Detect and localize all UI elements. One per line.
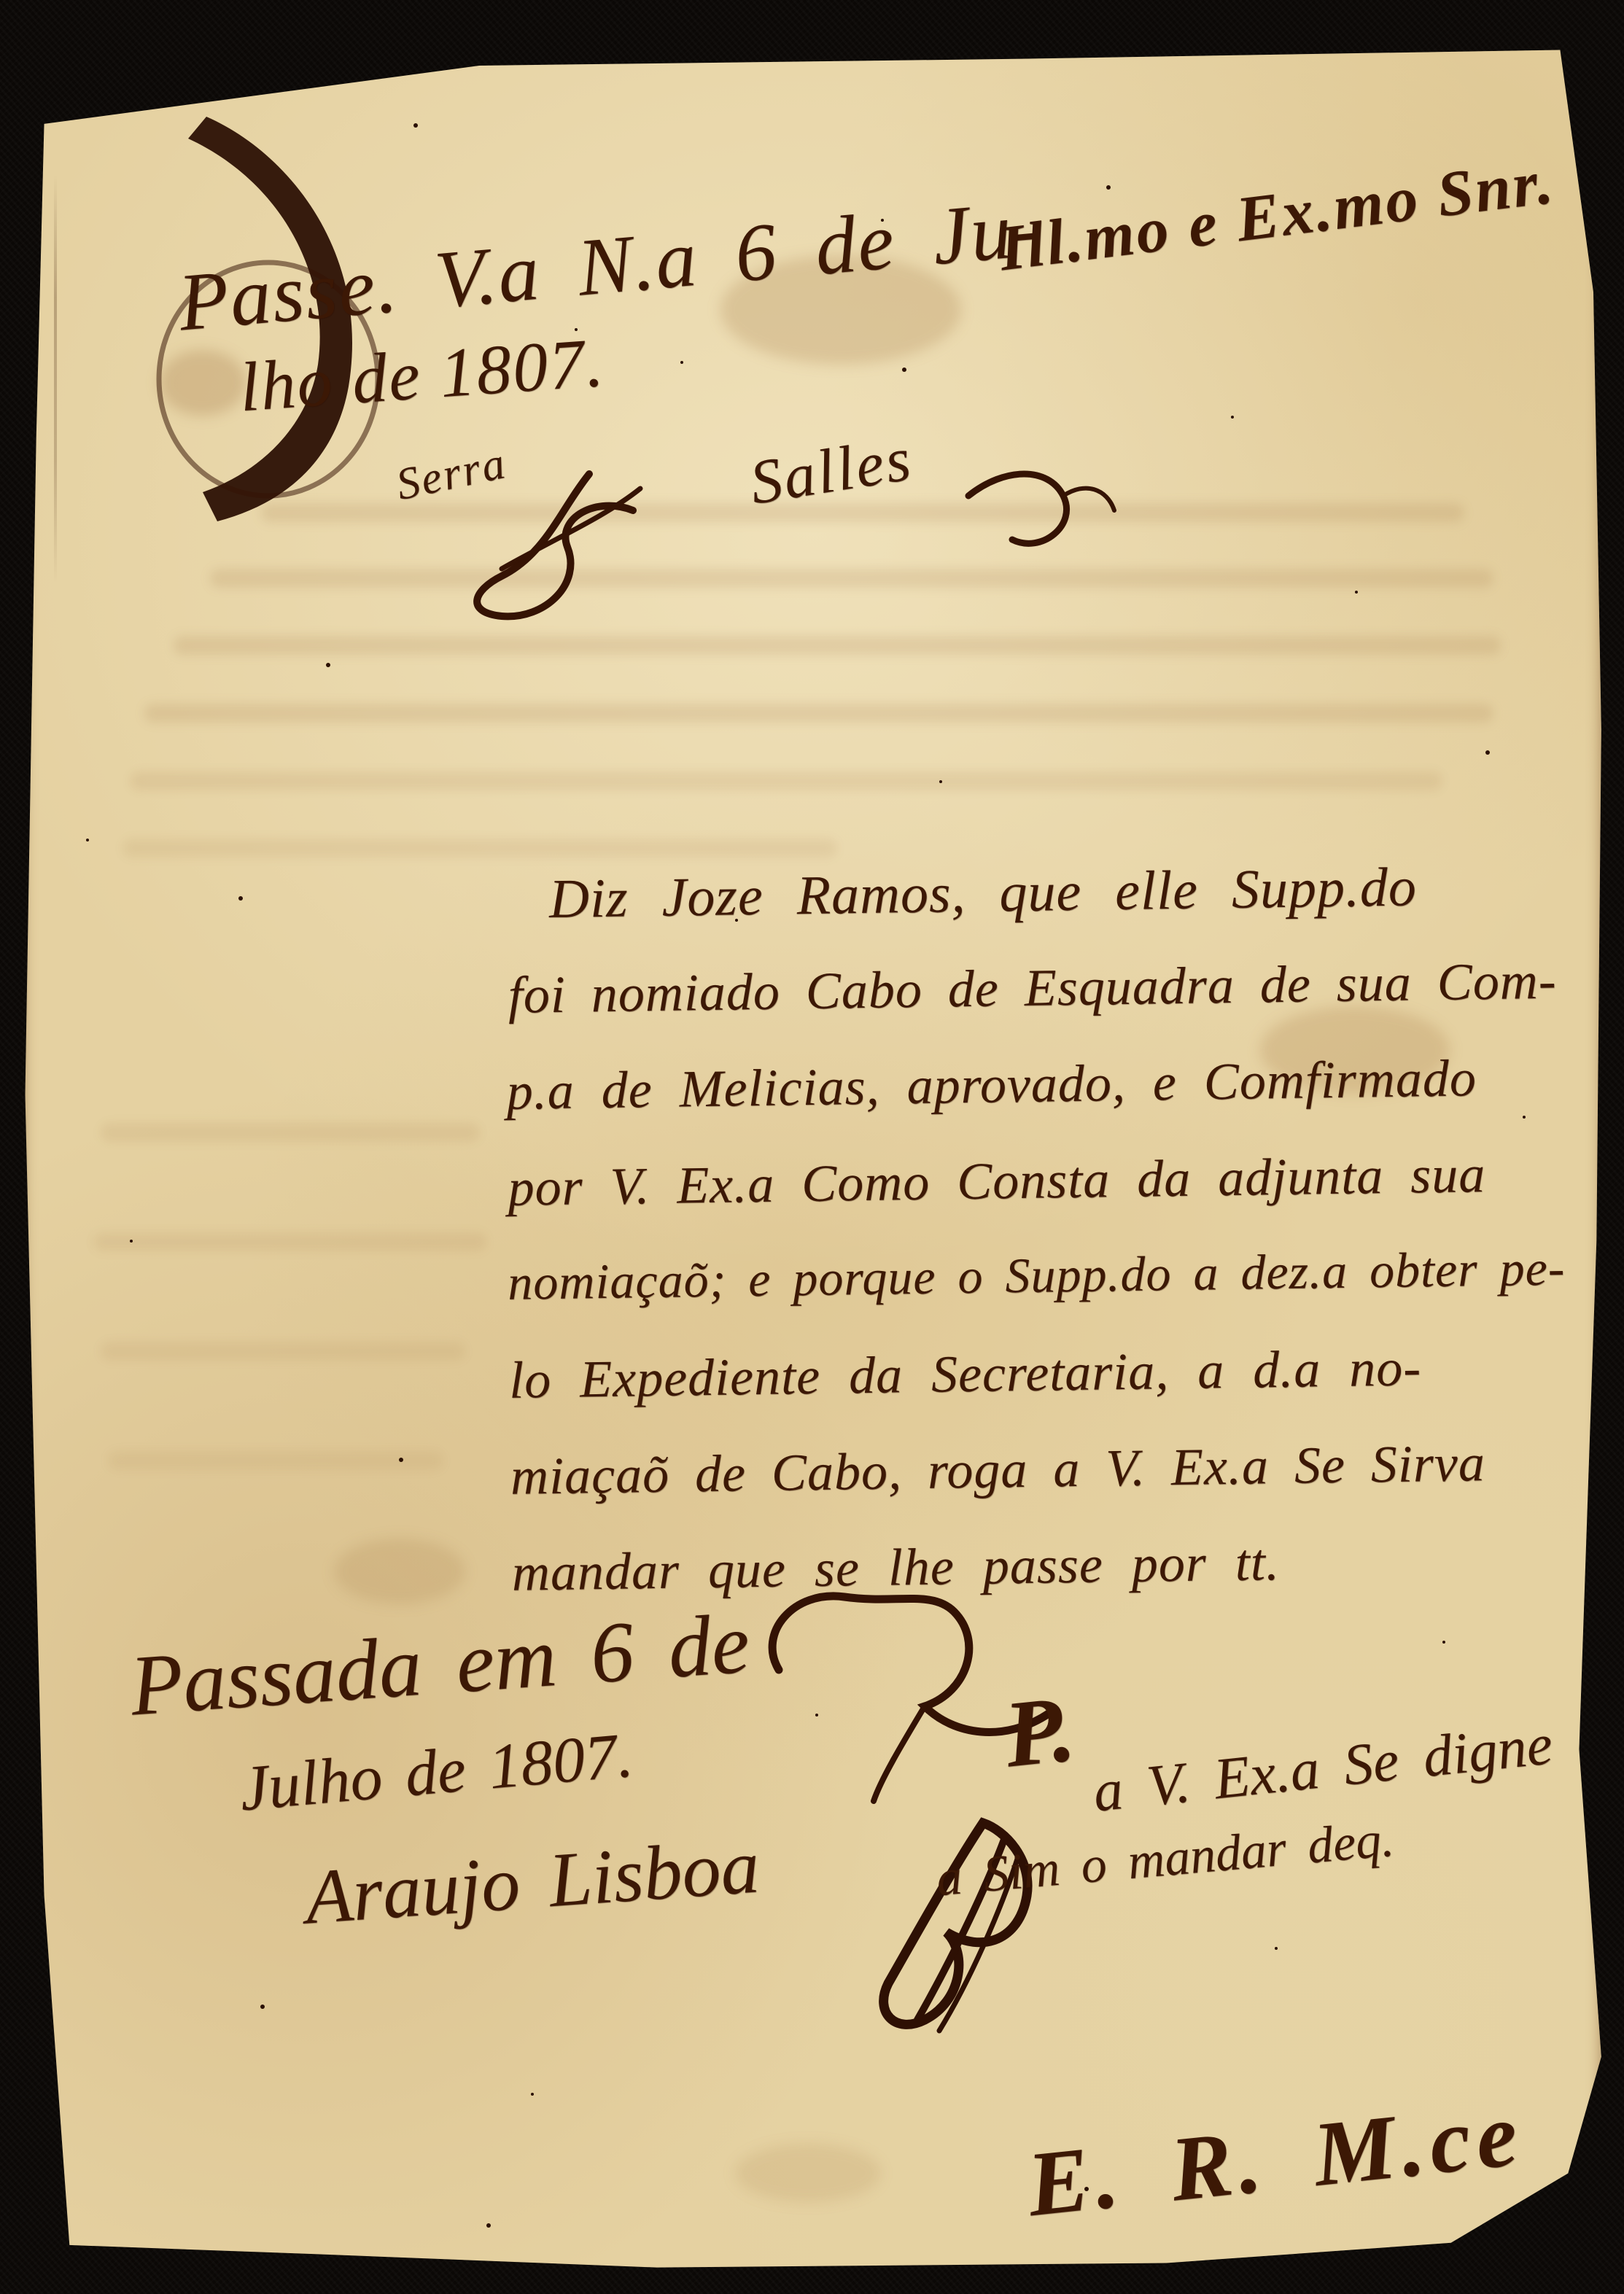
petition-line: foi nomiado Cabo de Esquadra de sua Com- xyxy=(508,951,1557,1026)
petition-line: miaçaõ de Cabo, roga a V. Ex.a Se Sirva xyxy=(510,1433,1485,1507)
petition-line: Diz Joze Ramos, que elle Supp.do xyxy=(548,855,1417,931)
paper-sheet: Passe. V.a N.a 6 de Ju- lho de 1807. Ser… xyxy=(20,36,1603,2279)
petition-line: lo Expediente da Secretaria, a d.a no- xyxy=(509,1337,1422,1410)
petition-line: p.a de Melicias, aprovado, e Comfirmado xyxy=(506,1048,1477,1122)
petition-body: Diz Joze Ramos, que elle Supp.do foi nom… xyxy=(5,26,1619,2290)
ink-specks xyxy=(20,36,23,39)
petition-line: nomiaçaõ; e porque o Supp.do a dez.a obt… xyxy=(508,1240,1566,1312)
manuscript-photo: { "photo": { "background_color": "#0b080… xyxy=(0,0,1624,2294)
petition-line: por V. Ex.a Como Consta da adjunta sua xyxy=(508,1144,1486,1218)
closing-initial: P. xyxy=(999,1673,1079,1789)
